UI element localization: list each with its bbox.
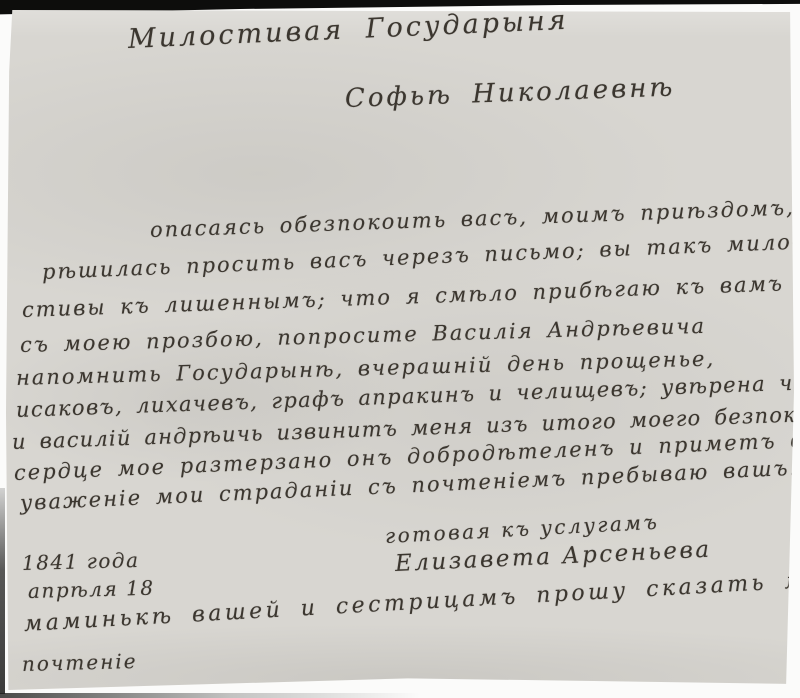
salutation-line-1: Милостивая Государыня xyxy=(127,5,569,55)
photo-bottom-border xyxy=(0,693,420,698)
letter-paper: Милостивая Государыня Софьѣ Николаевнѣ о… xyxy=(6,10,794,692)
salutation-line-2: Софьѣ Николаевнѣ xyxy=(344,72,675,114)
photo-left-border xyxy=(0,488,5,694)
postscript-line-2: почтеніе xyxy=(22,649,138,676)
date-year-line: 1841 года xyxy=(22,548,140,575)
letter-photograph: Милостивая Государыня Софьѣ Николаевнѣ о… xyxy=(0,0,800,698)
date-day-line: апрѣля 18 xyxy=(28,576,155,603)
